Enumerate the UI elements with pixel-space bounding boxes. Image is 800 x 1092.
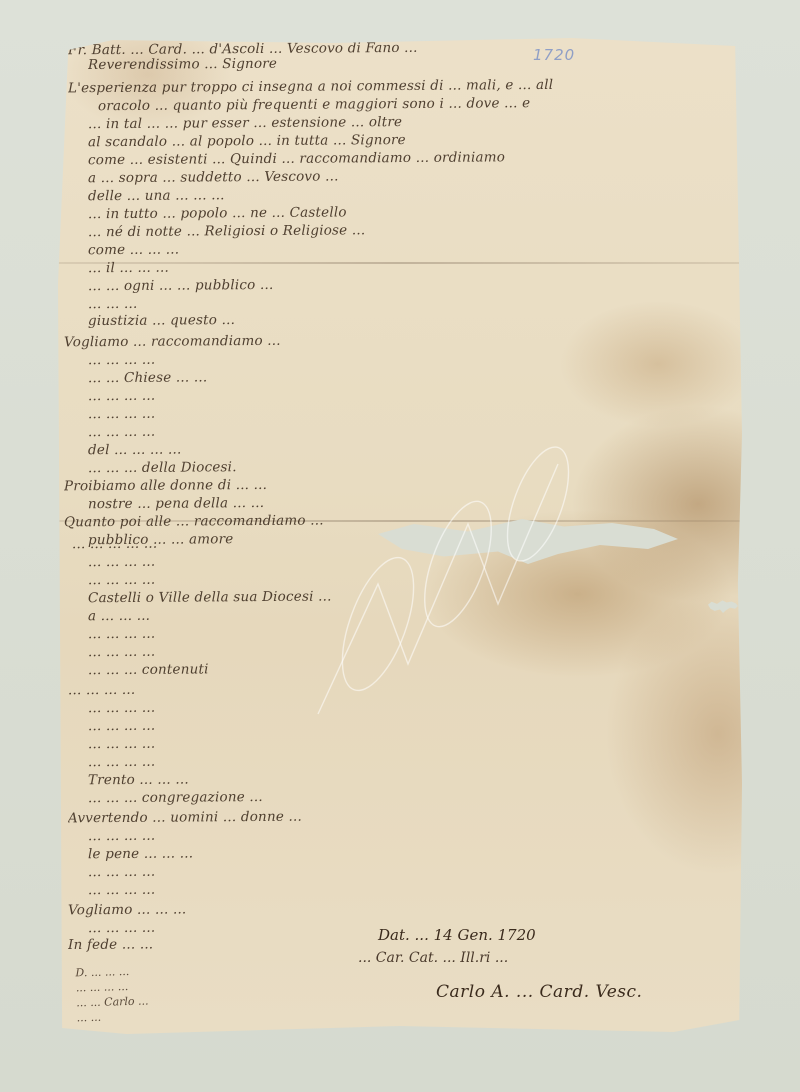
text-line: In fede ... ... — [68, 935, 368, 953]
text-line: ... ... ... contenuti — [88, 658, 732, 678]
closing-line: ... Car. Cat. ... Ill.ri ... — [358, 950, 508, 966]
text-line: ... ... ogni ... ... pubblico ... — [88, 274, 732, 294]
text-line: ... ... ... ... — [88, 420, 732, 440]
text-line: ... ... ... ... — [88, 550, 732, 570]
text-line: ... ... ... ... — [88, 732, 732, 752]
text-line: ... ... ... ... — [88, 640, 732, 660]
text-line: ... ... ... ... — [88, 384, 732, 404]
text-line: ... ... ... ... — [88, 348, 732, 368]
text-line: ... ... ... ... — [68, 678, 732, 699]
registration-note: D. ... ... ... ... ... ... ... ... ... C… — [75, 959, 336, 1026]
text-line: ... il ... ... ... — [88, 256, 732, 276]
text-line: Vogliamo ... raccomandiamo ... — [64, 330, 732, 351]
text-line: delle ... una ... ... ... — [88, 184, 732, 204]
text-line: ... ... ... ... — [88, 714, 732, 734]
text-line: ... né di notte ... Religiosi o Religios… — [88, 220, 732, 240]
text-line: giustizia ... questo ... — [88, 311, 388, 329]
text-line: ... ... ... ... — [88, 824, 732, 844]
text-line: ... ... ... ... — [88, 750, 732, 770]
text-line: Trento ... ... ... — [88, 768, 732, 788]
text-line: Avvertendo ... uomini ... donne ... — [68, 806, 732, 827]
text-line: Vogliamo ... ... ... — [68, 898, 732, 919]
text-line: L'esperienza pur troppo ci insegna a noi… — [68, 76, 732, 97]
text-line: ... ... ... ... — [88, 860, 732, 880]
text-line: ... ... ... ... — [88, 878, 732, 898]
text-line: Castelli o Ville della sua Diocesi ... — [88, 586, 732, 606]
text-line: ... ... ... congregazione ... — [88, 786, 732, 806]
text-line: a ... sopra ... suddetto ... Vescovo ... — [88, 166, 732, 186]
text-line: ... ... ... ... — [88, 402, 732, 422]
text-line: al scandalo ... al popolo ... in tutta .… — [88, 130, 732, 150]
signature: Carlo A. ... Card. Vesc. — [436, 982, 642, 1002]
text-line: le pene ... ... ... — [88, 842, 732, 862]
text-line: ... in tal ... ... pur esser ... estensi… — [88, 112, 732, 132]
text-line: ... ... ... della Diocesi. — [88, 456, 732, 476]
text-line: oracolo ... quanto più frequenti e maggi… — [98, 94, 732, 114]
text-line: nostre ... pena della ... ... — [88, 492, 732, 512]
text-line: ... ... Chiese ... ... — [88, 366, 732, 386]
text-line: Proibiamo alle donne di ... ... — [64, 474, 732, 495]
text-line: ... ... ... — [88, 292, 732, 312]
manuscript-page: 1720 Fr. Batt. ... Card. ... d'Ascoli ..… — [58, 34, 742, 1034]
text-line: ... in tutto ... popolo ... ne ... Caste… — [88, 202, 732, 222]
text-line: come ... esistenti ... Quindi ... raccom… — [88, 148, 732, 168]
header-line: Reverendissimo ... Signore — [88, 55, 388, 73]
text-line: ... ... ... ... — [88, 568, 732, 588]
text-line: del ... ... ... ... — [88, 438, 732, 458]
text-line: come ... ... ... — [88, 238, 732, 258]
date-line: Dat. ... 14 Gen. 1720 — [378, 926, 536, 944]
text-line: a ... ... ... — [88, 604, 732, 624]
text-line: ... ... ... ... — [88, 622, 732, 642]
text-line: ... ... ... ... — [88, 696, 732, 716]
